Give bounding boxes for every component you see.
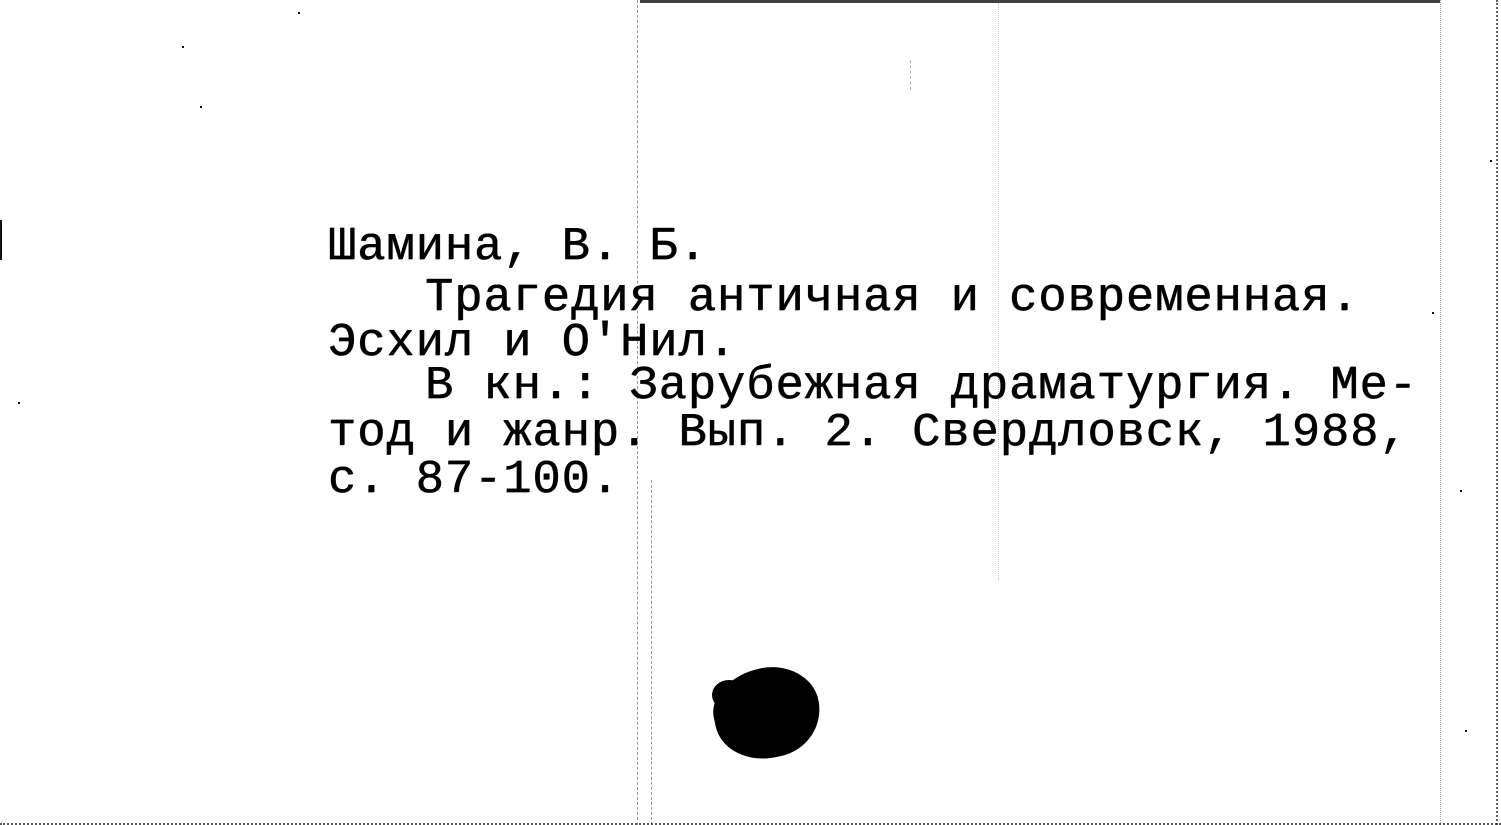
card-left-edge-mark bbox=[0, 220, 2, 260]
dust-speck bbox=[1460, 490, 1462, 492]
dust-speck bbox=[1490, 160, 1492, 162]
card-title-line-1: Трагедия античная и современная. bbox=[425, 275, 1360, 322]
scan-artifact-line bbox=[910, 60, 911, 90]
dust-speck bbox=[182, 46, 184, 48]
dust-speck bbox=[200, 106, 202, 108]
catalog-card: Шамина, В. Б. Трагедия античная и соврем… bbox=[0, 0, 1501, 825]
dust-speck bbox=[1465, 730, 1467, 732]
card-bottom-edge bbox=[0, 821, 1501, 825]
scan-artifact-line bbox=[651, 480, 652, 825]
card-top-edge bbox=[640, 0, 1440, 6]
card-source-line-1: В кн.: Зарубежная драматургия. Ме- bbox=[425, 363, 1418, 410]
ink-blot-icon bbox=[706, 658, 828, 768]
card-author: Шамина, В. Б. bbox=[328, 224, 708, 271]
dust-speck bbox=[1432, 312, 1434, 314]
card-source-line-3: с. 87-100. bbox=[328, 457, 620, 504]
dust-speck bbox=[298, 12, 300, 14]
dust-speck bbox=[18, 402, 20, 404]
card-right-edge bbox=[1496, 0, 1501, 825]
scan-artifact-line bbox=[1440, 0, 1441, 825]
card-source-line-2: тод и жанр. Вып. 2. Свердловск, 1988, bbox=[328, 410, 1409, 457]
